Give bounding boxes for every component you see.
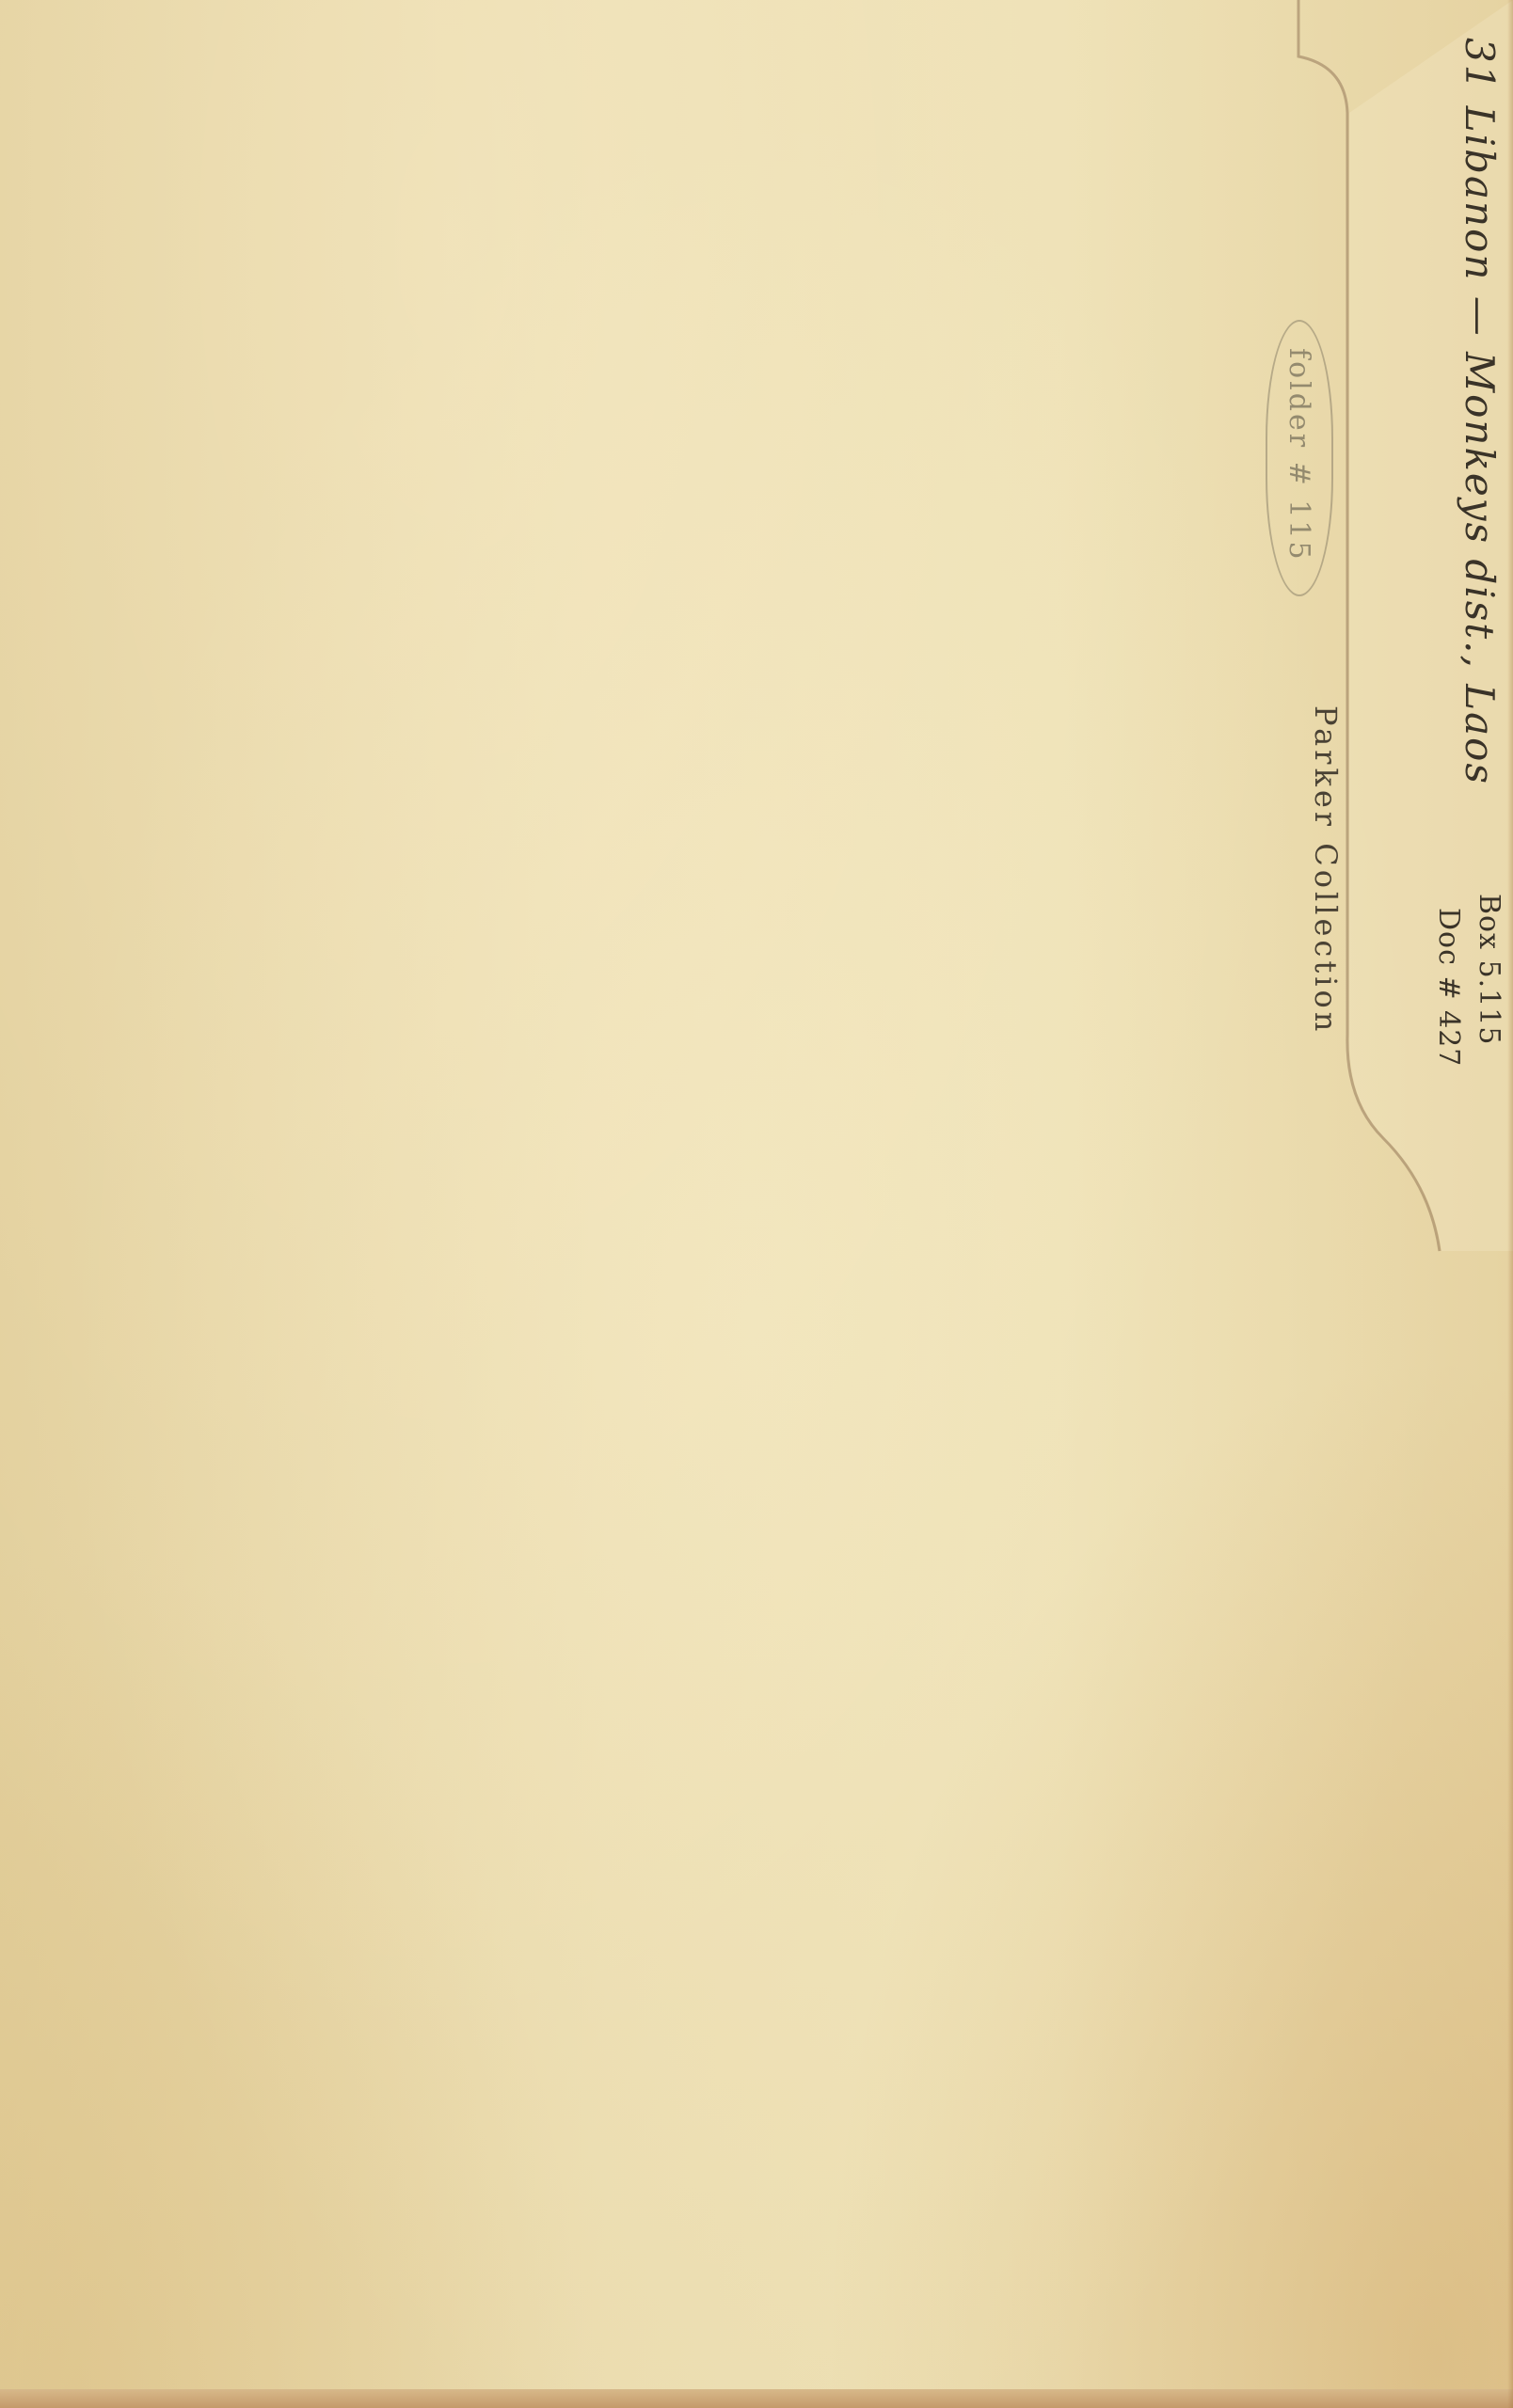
tab-label: 31 Libanon — Monkeys dist., Laos bbox=[1457, 38, 1503, 785]
folder-bottom-edge bbox=[0, 2389, 1513, 2408]
box-label: Box 5.115 bbox=[1473, 894, 1505, 1045]
collection-label: Parker Collection bbox=[1308, 705, 1344, 1035]
folder-number-label: folder # 115 bbox=[1282, 348, 1315, 562]
doc-label: Doc # 427 bbox=[1432, 908, 1465, 1067]
folder-right-edge bbox=[1507, 0, 1513, 2408]
